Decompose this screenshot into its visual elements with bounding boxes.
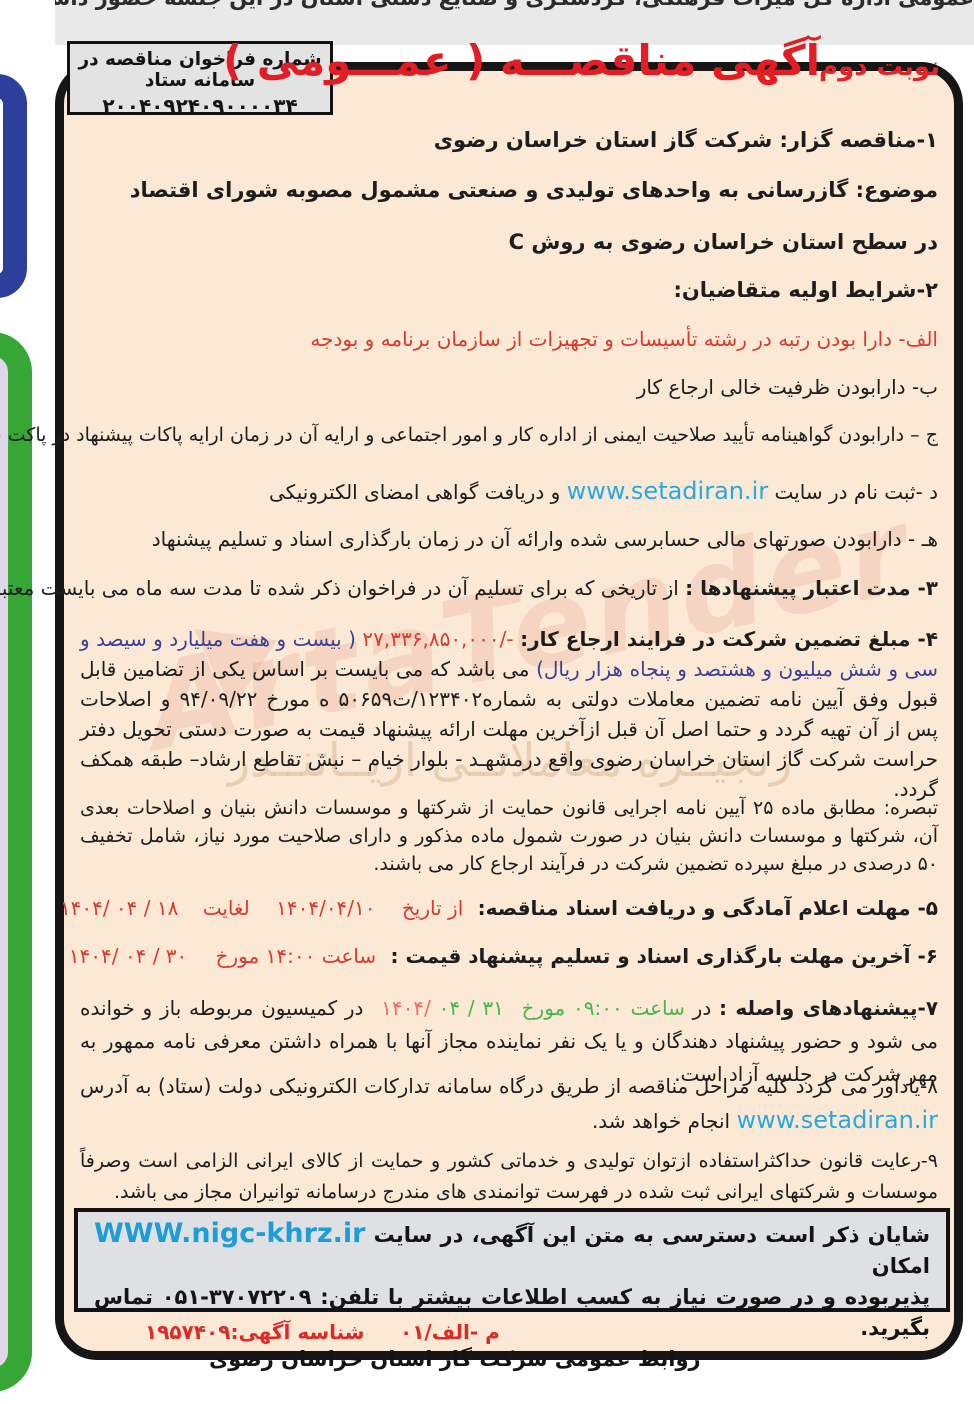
deadline-date: ۱۴۰۴/ ۰۴ / ۳۰	[69, 944, 188, 968]
setadiran-link-2[interactable]: www.setadiran.ir	[736, 1106, 938, 1134]
portal-line-1: ۸-یادآور می گردد کلیه مراحل مناقصه از طر…	[80, 1074, 938, 1098]
readiness-from: از تاریخ	[402, 896, 463, 920]
readiness-line: ۵- مهلت اعلام آمادگی و دریافت اسناد مناق…	[42, 896, 938, 920]
opening-date: ۱۴۰۴/ ۰۴ / ۳۱	[381, 996, 504, 1020]
condition-b: ب- دارابودن ظرفیت خالی ارجاع کار	[637, 375, 938, 399]
condition-c: ج – دارابودن گواهینامه تأیید صلاحیت ایمن…	[0, 424, 938, 446]
opening-date-daymonth: ۰۴ / ۳۱	[431, 996, 504, 1020]
portal-post: انجام خواهد شد.	[592, 1109, 730, 1133]
footer-line2-pre: پذیربوده و در صورت نیاز به کسب اطلاعات ب…	[320, 1285, 930, 1309]
opening-label: ۷-پیشنهادهای واصله :	[719, 996, 938, 1020]
readiness-date-end: ۱۴۰۴/ ۰۴ / ۱۸	[60, 896, 179, 920]
company-website-link[interactable]: WWW.nigc-khrz.ir	[94, 1218, 365, 1249]
guarantee-label: ۴- مبلغ تضمین شرکت در فرایند ارجاع کار:	[520, 627, 938, 651]
edition-label: نوبت دوم	[819, 52, 940, 82]
condition-e: هـ - دارابودن صورتهای مالی حسابرسی شده و…	[152, 527, 938, 551]
condition-d-pre: د -ثبت نام در سایت	[775, 480, 938, 504]
condition-a: الف- دارا بودن رتبه در رشته تأسیسات و تج…	[310, 327, 938, 351]
readiness-until: لغایت	[203, 896, 250, 920]
portal-line-2: www.setadiran.ir انجام خواهد شد.	[592, 1106, 938, 1134]
guarantee-paragraph: ۴- مبلغ تضمین شرکت در فرایند ارجاع کار: …	[80, 624, 938, 804]
readiness-label: ۵- مهلت اعلام آمادگی و دریافت اسناد مناق…	[478, 896, 938, 920]
ad-id: شناسه آگهی:۱۹۵۷۴۰۹	[145, 1320, 364, 1344]
subject-line-2: در سطح استان خراسان رضوی به روش C	[509, 230, 938, 254]
deadline-label: ۶- آخرین مهلت بارگذاری اسناد و تسلیم پیش…	[390, 944, 938, 968]
opening-date-year: ۱۴۰۴/	[381, 996, 431, 1020]
iranian-goods-paragraph: ۹-رعایت قانون حداکثراستفاده ازتوان تولید…	[80, 1146, 938, 1208]
deadline-line: ۶- آخرین مهلت بارگذاری اسناد و تسلیم پیش…	[47, 944, 938, 968]
validity-line: ۳- مدت اعتبار پیشنهادها : از تاریخی که ب…	[0, 576, 938, 600]
newspaper-tender-ad-page: عمومی اداره کل میراث فرهنگی، گردشگری و ص…	[0, 0, 974, 1404]
conditions-heading: ۲-شرایط اولیه متقاضیان:	[673, 278, 938, 302]
footer-line1-post: امکان	[872, 1254, 930, 1278]
top-strip-text: عمومی اداره کل میراث فرهنگی، گردشگری و ص…	[55, 0, 974, 10]
ad-title: آگهی مناقصـــه ( عمـــومی )	[430, 36, 820, 85]
setadiran-link[interactable]: www.setadiran.ir	[567, 477, 769, 505]
readiness-date-start: ۱۴۰۴/۰۴/۱۰	[276, 896, 375, 920]
condition-d: د -ثبت نام در سایت www.setadiran.ir و در…	[269, 477, 938, 505]
footer-line-1: شایان ذکر است دسترسی به متن این آگهی، در…	[94, 1218, 930, 1282]
opening-time: ساعت ۰۹:۰۰ مورخ	[522, 996, 685, 1020]
note-paragraph: تبصره: مطابق ماده ۲۵ آیین نامه اجرایی قا…	[80, 794, 938, 878]
deadline-time: ساعت ۱۴:۰۰ مورخ	[216, 944, 376, 968]
opening-pre: در	[693, 996, 712, 1020]
phone-number: ۰۵۱-۳۷۰۷۲۲۰۹	[162, 1285, 312, 1309]
press-code: م -الف/۰۱	[400, 1320, 500, 1344]
left-neighbor-frame-green	[0, 332, 32, 1392]
validity-text: از تاریخی که برای تسلیم آن در فراخوان ذک…	[0, 576, 679, 600]
left-neighbor-frame-blue	[0, 74, 27, 298]
footer-line1-pre: شایان ذکر است دسترسی به متن این آگهی، در…	[374, 1223, 930, 1247]
subject-line-1: موضوع: گازرسانی به واحدهای تولیدی و صنعت…	[130, 178, 938, 202]
ref-number-value: ۲۰۰۴۰۹۲۴۰۹۰۰۰۰۳۴	[70, 94, 330, 118]
signature-line: روابط عمومی شرکت گاز استان خراسان رضوی	[94, 1344, 930, 1375]
footer-note-box: شایان ذکر است دسترسی به متن این آگهی، در…	[74, 1208, 950, 1312]
guarantee-amount: -/۲۷,۳۳۶,۸۵۰,۰۰۰	[362, 627, 513, 651]
validity-label: ۳- مدت اعتبار پیشنهادها :	[685, 576, 938, 600]
condition-d-post: و دریافت گواهی امضای الکترونیکی	[269, 480, 560, 504]
tenderer-line: ۱-مناقصه گزار: شرکت گاز استان خراسان رضو…	[434, 128, 938, 152]
